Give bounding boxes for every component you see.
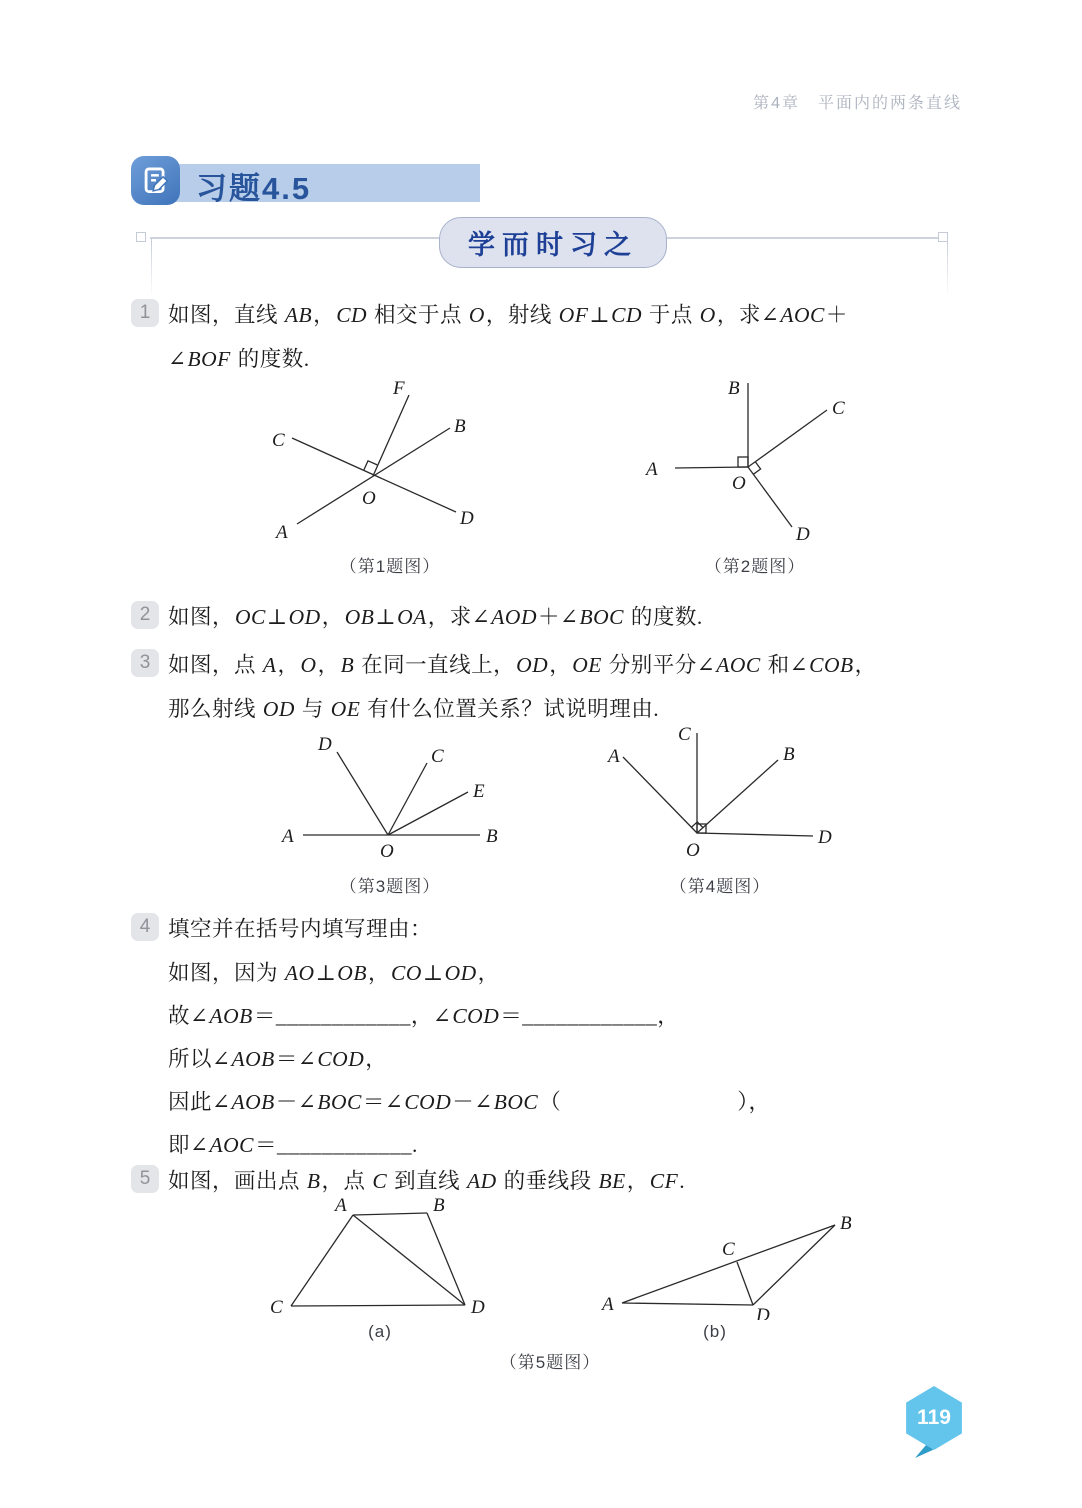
fig2-ray-OD (748, 467, 792, 527)
fig5b-line-AB (622, 1225, 835, 1303)
fig3-vertex-label-A: A (280, 826, 294, 847)
fig5a-vertex-label-B: B (433, 1195, 445, 1216)
fig3-vertex-label-B: B (486, 826, 498, 847)
fig2-vertex-label-O: O (732, 473, 746, 494)
fig5a-line-CD (291, 1305, 465, 1306)
banner-corner-right-line (947, 239, 948, 297)
fig1-vertex-label-B: B (454, 416, 466, 437)
notebook-pencil-glyph (139, 164, 173, 198)
chapter-header: 第4章 平面内的两条直线 (753, 90, 962, 113)
fig3-vertex-label-C: C (431, 746, 444, 767)
problem-2-number: 2 (131, 601, 159, 629)
problem-1-text-line2: ∠BOF 的度数. (168, 342, 310, 373)
figure-2: B A C D O (620, 372, 920, 547)
fig4-vertex-label-D: D (817, 827, 832, 848)
fig1-vertex-label-C: C (272, 430, 285, 451)
problem-4-number: 4 (131, 913, 159, 941)
fig5b-vertex-label-B: B (840, 1213, 852, 1234)
fig5b-vertex-label-C: C (722, 1239, 735, 1260)
figure-4: C A B D O (580, 712, 880, 872)
fig2-right-angle-mark-COD (753, 462, 760, 475)
fig4-vertex-label-C: C (678, 724, 691, 745)
fig3-ray-OD (337, 752, 388, 835)
problem-5-text: 如图，画出点 B，点 C 到直线 AD 的垂线段 BE，CF. (168, 1164, 685, 1195)
problem-4-line3: 所以∠AOB＝∠COD， (168, 1042, 387, 1073)
problem-3-text-line1: 如图，点 A，O，B 在同一直线上，OD，OE 分别平分∠AOC 和∠COB， (168, 648, 877, 679)
figure-5-caption: （第5题图） (450, 1348, 650, 1373)
fig4-vertex-label-A: A (606, 746, 620, 767)
section-banner: 学而时习之 (439, 217, 667, 268)
fig5a-line-BD (427, 1213, 465, 1305)
problem-4-line2: 故∠AOB＝____________，∠COD＝____________， (168, 999, 679, 1030)
fig5b-vertex-label-D: D (755, 1305, 770, 1320)
page-number-badge: 119 (903, 1386, 965, 1450)
fig2-vertex-label-D: D (795, 524, 810, 545)
fig4-vertex-label-B: B (783, 744, 795, 765)
fig4-vertex-label-O: O (686, 840, 700, 861)
fig3-vertex-label-O: O (380, 841, 394, 862)
fig1-vertex-label-A: A (274, 522, 288, 543)
figure-1-caption: （第1题图） (290, 552, 490, 577)
page-title: 习题4.5 (196, 163, 311, 208)
problem-4-line4: 因此∠AOB－∠BOC＝∠COD－∠BOC（ ）， (168, 1085, 771, 1116)
fig1-vertex-label-O: O (362, 488, 376, 509)
notebook-pencil-icon (131, 156, 180, 205)
fig5b-vertex-label-A: A (600, 1294, 614, 1315)
problem-4-intro: 填空并在括号内填写理由： (168, 912, 432, 943)
fig5a-vertex-label-A: A (333, 1195, 347, 1216)
fig5a-vertex-label-D: D (470, 1297, 485, 1318)
fig1-vertex-label-F: F (392, 378, 405, 399)
fig3-vertex-label-D: D (317, 734, 332, 755)
figure-1: F B C A D O (250, 372, 570, 547)
fig4-ray-OA (623, 757, 697, 833)
fig2-vertex-label-C: C (832, 398, 845, 419)
fig1-ray-OF (373, 395, 409, 476)
banner-corner-left (136, 232, 146, 242)
problem-5-number: 5 (131, 1165, 159, 1193)
problem-4-line1: 如图，因为 AO⊥OB，CO⊥OD， (168, 956, 500, 987)
figure-5a-caption: (a) (300, 1322, 460, 1342)
fig5a-line-AB (353, 1213, 427, 1215)
fig2-vertex-label-B: B (728, 378, 740, 399)
figure-3-caption: （第3题图） (290, 872, 490, 897)
fig2-ray-OC (748, 410, 827, 467)
fig3-vertex-label-E: E (472, 781, 485, 802)
fig1-right-angle-mark (364, 461, 377, 470)
problem-3-number: 3 (131, 649, 159, 677)
fig1-vertex-label-D: D (459, 508, 474, 529)
problem-2-text: 如图，OC⊥OD，OB⊥OA，求∠AOD＋∠BOC 的度数. (168, 600, 703, 631)
figure-2-caption: （第2题图） (655, 552, 855, 577)
fig2-ray-OA (675, 467, 748, 468)
figure-5a: A B C D (250, 1195, 510, 1320)
figure-5b-caption: (b) (635, 1322, 795, 1342)
fig5a-vertex-label-C: C (270, 1297, 283, 1318)
fig5b-line-AD (622, 1303, 753, 1305)
fig4-ray-OD (697, 833, 813, 836)
fig2-vertex-label-A: A (644, 459, 658, 480)
problem-4-line5: 即∠AOC＝____________. (168, 1128, 418, 1159)
fig4-ray-OB (697, 760, 778, 833)
figure-5b: A B C D (590, 1195, 880, 1320)
banner-corner-left-line (151, 239, 152, 297)
problem-1-number: 1 (131, 299, 159, 327)
figure-4-caption: （第4题图） (620, 872, 820, 897)
fig5a-line-AD (353, 1215, 465, 1305)
fig5b-line-CD (737, 1262, 753, 1305)
fig5a-line-AC (291, 1215, 353, 1306)
fig5b-line-DB (753, 1225, 835, 1305)
problem-1-text-line1: 如图，直线 AB，CD 相交于点 O，射线 OF⊥CD 于点 O，求∠AOC＋ (168, 298, 848, 329)
figure-3: D C E A B O (260, 722, 550, 872)
fig2-right-angle-mark-AOB (738, 457, 748, 467)
